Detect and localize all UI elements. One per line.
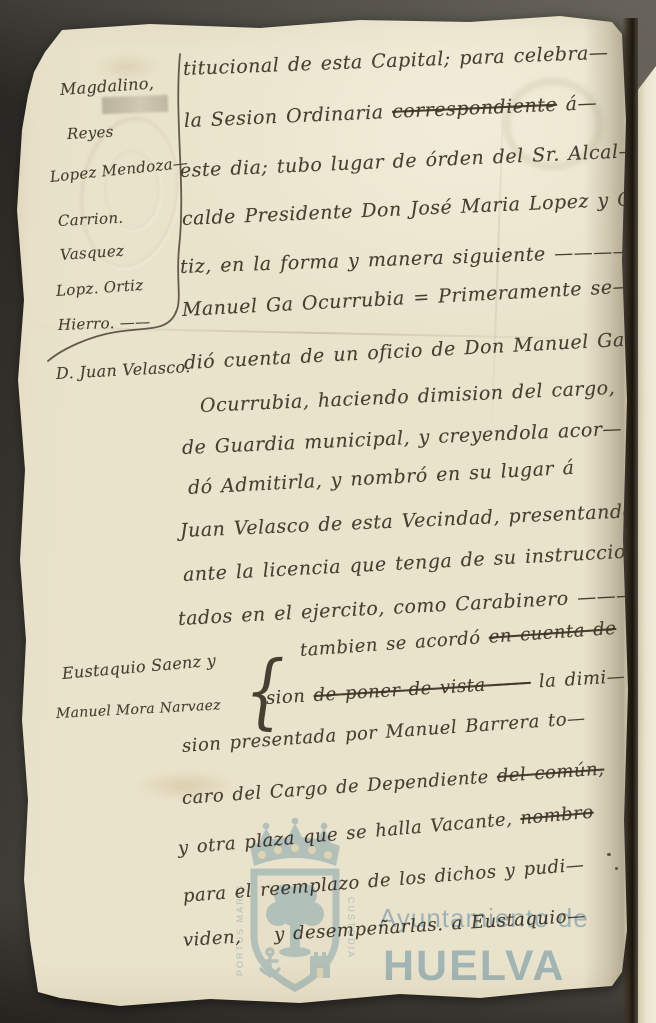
watermark-title: Ayuntamiento de <box>379 903 589 934</box>
crest-motto-left: PORTUS MARIS <box>235 884 245 976</box>
document-scan-viewport: Magdalino,ReyesLopez Mendoza—Carrion.Vas… <box>0 0 656 1023</box>
watermark-city: HUELVA <box>383 942 565 991</box>
manuscript-paper-wrap: Magdalino,ReyesLopez Mendoza—Carrion.Vas… <box>0 0 656 1023</box>
next-page-ink-mark <box>641 150 654 174</box>
huelva-watermark: Ayuntamiento de HUELVA <box>0 0 656 1023</box>
crest-motto-right: CUSTODIA <box>346 897 356 959</box>
huelva-crest-icon: PORTUS MARIS CUSTODIA <box>230 818 360 1000</box>
crown-icon <box>250 818 340 866</box>
manuscript-paper: Magdalino,ReyesLopez Mendoza—Carrion.Vas… <box>0 0 656 1023</box>
